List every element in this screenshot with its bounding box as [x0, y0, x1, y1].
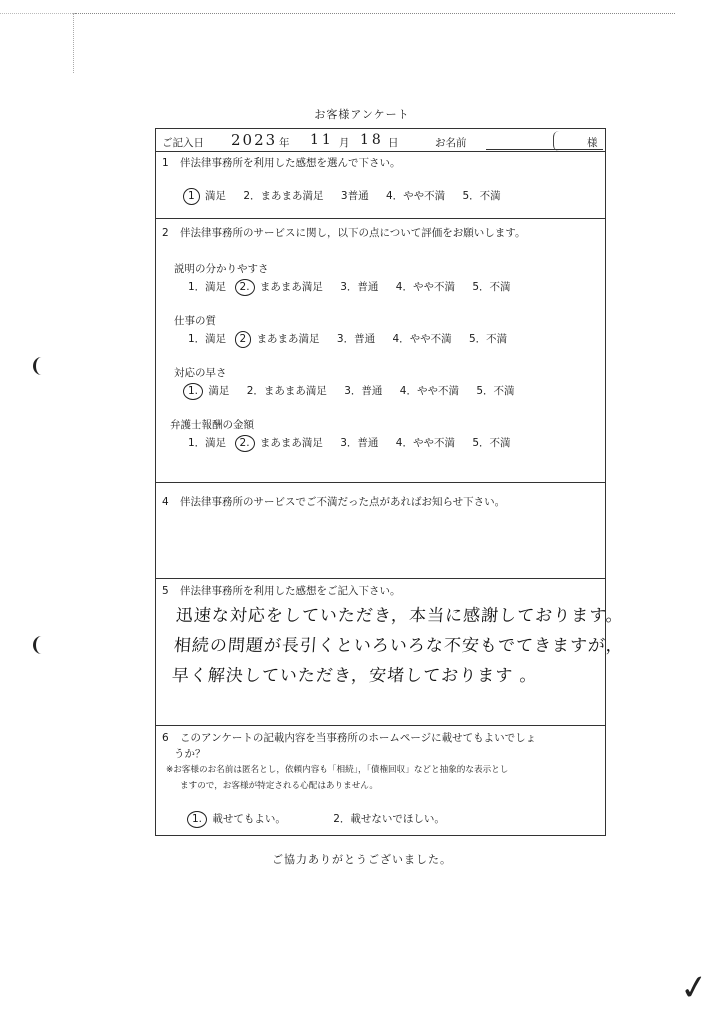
question-2: 2伴法律事務所のサービスに関し，以下の点について評価をお願いします。 説明の分か…	[156, 218, 605, 482]
q2-item-2-label: 仕事の質	[174, 313, 216, 328]
closing-thanks: ご協力ありがとうございました。	[0, 851, 724, 867]
q2-item-2-option-4[interactable]: 4．やや不満	[392, 331, 451, 346]
date-label: ご記入日	[162, 135, 204, 150]
q4-answer-area[interactable]	[166, 513, 596, 573]
q2-item-3-option-4[interactable]: 4．やや不満	[400, 383, 459, 398]
date-year: 2023	[231, 131, 277, 149]
q1-option-5[interactable]: 5．不満	[462, 188, 500, 203]
q5-handwritten-line-1: 迅速な対応をしていただき，本当に感謝しております。	[175, 601, 625, 626]
q6-option-2[interactable]: 2．載せないでほしい。	[333, 811, 445, 826]
q2-item-1-option-2-label: まあまあ満足	[260, 279, 323, 294]
q6-note-line-2: ますので，お客様が特定される心配はありません。	[180, 779, 378, 791]
day-unit: 日	[388, 135, 399, 150]
question-4: 4伴法律事務所のサービスでご不満だった点があればお知らせ下さい。	[156, 482, 605, 578]
q2-item-1-option-2-circled[interactable]: 2.	[235, 279, 255, 296]
name-underline	[486, 149, 603, 150]
q2-item-4-option-4[interactable]: 4．やや不満	[396, 435, 455, 450]
q1-option-1-label: 満足	[205, 188, 226, 203]
q2-item-2-option-1[interactable]: 1．満足	[188, 331, 226, 346]
q2-item-4-option-3[interactable]: 3．普通	[340, 435, 378, 450]
q6-prompt-line-2: うか？	[174, 746, 206, 761]
name-bracket	[553, 131, 560, 151]
month-unit: 月	[339, 135, 350, 150]
q6-option-1-label: 載せてもよい。	[212, 811, 286, 826]
question-6: 6このアンケートの記載内容を当事務所のホームページに載せてもよいでしょ うか？ …	[156, 725, 605, 835]
q2-item-1-options: 1．満足 2. まあまあ満足 3．普通 4．やや不満 5．不満	[188, 279, 525, 296]
date-month: 11	[310, 132, 334, 148]
q2-text: 伴法律事務所のサービスに関し，以下の点について評価をお願いします。	[180, 227, 525, 239]
q5-handwritten-line-2: 相続の問題が長引くといろいろな不安もでてきますが，	[173, 631, 625, 656]
q5-prompt: 5伴法律事務所を利用した感想をご記入下さい。	[162, 583, 401, 598]
q1-text: 伴法律事務所を利用した感想を選んで下さい。	[180, 157, 401, 169]
punch-hole-mark-top	[33, 357, 50, 375]
q2-item-3-option-3[interactable]: 3．普通	[344, 383, 382, 398]
document-title: お客様アンケート	[0, 106, 724, 122]
q2-item-3-option-1-label: 満足	[208, 383, 229, 398]
q1-option-1-circled[interactable]: 1	[183, 188, 200, 205]
punch-hole-mark-bottom	[33, 636, 50, 654]
q2-item-4-option-5[interactable]: 5．不満	[472, 435, 510, 450]
q2-item-1-option-3[interactable]: 3．普通	[340, 279, 378, 294]
q4-prompt: 4伴法律事務所のサービスでご不満だった点があればお知らせ下さい。	[162, 494, 505, 509]
q2-item-1-label: 説明の分かりやすさ	[174, 261, 269, 276]
checkmark-icon: ✓	[677, 966, 711, 1010]
q2-item-1-option-1[interactable]: 1．満足	[188, 279, 226, 294]
header-row: ご記入日 2023 年 11 月 18 日 お名前 様	[156, 129, 605, 151]
q2-item-4-option-1[interactable]: 1．満足	[188, 435, 226, 450]
scan-edge-top-left	[0, 13, 75, 14]
q5-handwritten-line-3: 早く解決していただき，安堵しております 。	[171, 661, 538, 686]
q6-option-1-circled[interactable]: 1.	[187, 811, 207, 828]
q2-item-2-options: 1．満足 2 まあまあ満足 3．普通 4．やや不満 5．不満	[188, 331, 521, 348]
q6-text-line-1: このアンケートの記載内容を当事務所のホームページに載せてもよいでしょ	[180, 732, 536, 744]
question-1: 1伴法律事務所を利用した感想を選んで下さい。 1 満足 2．まあまあ満足 3普通…	[156, 151, 605, 218]
q2-item-2-option-2-label: まあまあ満足	[257, 331, 320, 346]
q4-number: 4	[162, 496, 180, 508]
q1-prompt: 1伴法律事務所を利用した感想を選んで下さい。	[162, 155, 401, 170]
q2-item-1-option-4[interactable]: 4．やや不満	[396, 279, 455, 294]
q2-number: 2	[162, 227, 180, 239]
date-day: 18	[360, 132, 384, 148]
q5-text: 伴法律事務所を利用した感想をご記入下さい。	[180, 585, 401, 597]
q1-options: 1 満足 2．まあまあ満足 3普通 4．やや不満 5．不満	[186, 188, 515, 205]
q2-item-2-option-3[interactable]: 3．普通	[337, 331, 375, 346]
q2-item-2-option-2-circled[interactable]: 2	[235, 331, 252, 348]
q6-prompt-line-1: 6このアンケートの記載内容を当事務所のホームページに載せてもよいでしょ	[162, 730, 536, 745]
survey-form: ご記入日 2023 年 11 月 18 日 お名前 様 1伴法律事務所を利用した…	[155, 128, 606, 836]
q2-item-1-option-5[interactable]: 5．不満	[472, 279, 510, 294]
q2-item-4-options: 1．満足 2. まあまあ満足 3．普通 4．やや不満 5．不満	[188, 435, 525, 452]
q2-item-3-option-2[interactable]: 2．まあまあ満足	[247, 383, 327, 398]
name-label: お名前	[435, 135, 467, 150]
q1-option-4[interactable]: 4．やや不満	[386, 188, 445, 203]
q2-item-4-label: 弁護士報酬の金額	[170, 417, 254, 432]
q1-option-2[interactable]: 2．まあまあ満足	[243, 188, 323, 203]
q6-note-line-1: ※お客様のお名前は匿名とし，依頼内容も「相続」，「債権回収」などと抽象的な表示と…	[166, 763, 508, 775]
q1-number: 1	[162, 157, 180, 169]
q2-item-2-option-5[interactable]: 5．不満	[469, 331, 507, 346]
q2-item-4-option-2-circled[interactable]: 2.	[235, 435, 255, 452]
q6-options: 1. 載せてもよい。 2．載せないでほしい。	[190, 811, 459, 828]
q2-prompt: 2伴法律事務所のサービスに関し，以下の点について評価をお願いします。	[162, 225, 525, 240]
q4-text: 伴法律事務所のサービスでご不満だった点があればお知らせ下さい。	[180, 496, 505, 508]
q1-option-3[interactable]: 3普通	[341, 188, 369, 203]
scan-edge-top	[75, 13, 675, 14]
q2-item-3-option-1-circled[interactable]: 1.	[183, 383, 203, 400]
question-5: 5伴法律事務所を利用した感想をご記入下さい。 迅速な対応をしていただき，本当に感…	[156, 578, 605, 725]
q5-number: 5	[162, 585, 180, 597]
q2-item-3-option-5[interactable]: 5．不満	[476, 383, 514, 398]
year-unit: 年	[279, 135, 290, 150]
q2-item-4-option-2-label: まあまあ満足	[260, 435, 323, 450]
q2-item-3-label: 対応の早さ	[174, 365, 227, 380]
q2-item-3-options: 1. 満足 2．まあまあ満足 3．普通 4．やや不満 5．不満	[186, 383, 529, 400]
honorific-sama: 様	[587, 135, 598, 150]
scan-edge-left	[73, 13, 74, 73]
q6-number: 6	[162, 732, 180, 744]
